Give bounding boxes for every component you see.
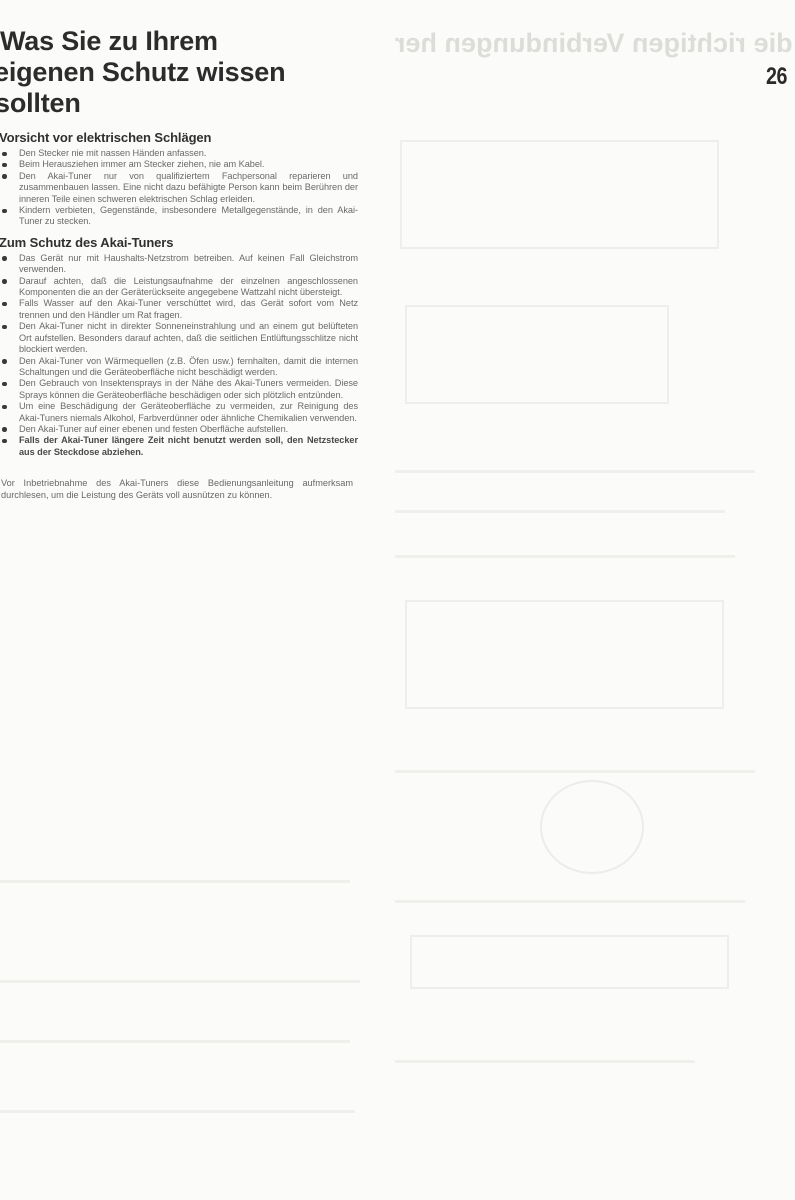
title-line: eigenen Schutz wissen [0,57,358,88]
bleed-through-line [395,510,725,513]
title-line: sollten [0,88,358,119]
electric-shock-list: Den Stecker nie mit nassen Händen anfass… [0,148,358,228]
closing-note: Vor Inbetriebnahme des Akai-Tuners diese… [1,478,353,501]
page-number: 26 [766,63,787,91]
title-line: Was Sie zu Ihrem [0,26,358,57]
list-item: Den Akai-Tuner auf einer ebenen und fest… [0,424,358,435]
manual-page: Wir stellen die richtigen Verbindungen h… [0,0,795,1200]
page-title: Was Sie zu Ihrem eigenen Schutz wissen s… [0,26,358,119]
section-heading-tuner-protection: Zum Schutz des Akai-Tuners [0,235,358,251]
bleed-through-line [395,1060,695,1063]
bleed-through-circle [540,780,644,874]
list-item: Den Akai-Tuner nicht in direkter Sonnene… [0,321,358,355]
list-item: Den Akai-Tuner von Wärmequellen (z.B. Öf… [0,356,358,379]
safety-column: Was Sie zu Ihrem eigenen Schutz wissen s… [0,26,358,501]
bleed-through-line [395,900,745,903]
list-item: Das Gerät nur mit Haushalts-Netzstrom be… [0,253,358,276]
bleed-through-line [395,470,755,473]
list-item: Falls Wasser auf den Akai-Tuner verschüt… [0,298,358,321]
bleed-through-line [0,1040,350,1043]
bleed-through-diagram [400,140,719,249]
list-item: Den Gebrauch von Insektensprays in der N… [0,378,358,401]
bleed-through-diagram [405,600,724,709]
list-item: Kindern verbieten, Gegenstände, insbeson… [0,205,358,228]
list-item-emphasized: Falls der Akai-Tuner längere Zeit nicht … [0,435,358,458]
list-item: Um eine Beschädigung der Geräteoberfläch… [0,401,358,424]
bleed-through-line [395,555,735,558]
bleed-through-line [395,770,755,773]
bleed-through-heading: Wir stellen die richtigen Verbindungen h… [395,28,795,59]
tuner-protection-list: Das Gerät nur mit Haushalts-Netzstrom be… [0,253,358,458]
list-item: Darauf achten, daß die Leistungsaufnahme… [0,276,358,299]
list-item: Den Stecker nie mit nassen Händen anfass… [0,148,358,159]
list-item: Den Akai-Tuner nur von qualifiziertem Fa… [0,171,358,205]
section-heading-electric-shock: Vorsicht vor elektrischen Schlägen [0,130,358,146]
bleed-through-line [0,880,350,883]
bleed-through-line [0,980,360,983]
bleed-through-diagram [410,935,729,989]
bleed-through-diagram [405,305,669,404]
list-item: Beim Herausziehen immer am Stecker ziehe… [0,159,358,170]
bleed-through-line [0,1110,355,1113]
